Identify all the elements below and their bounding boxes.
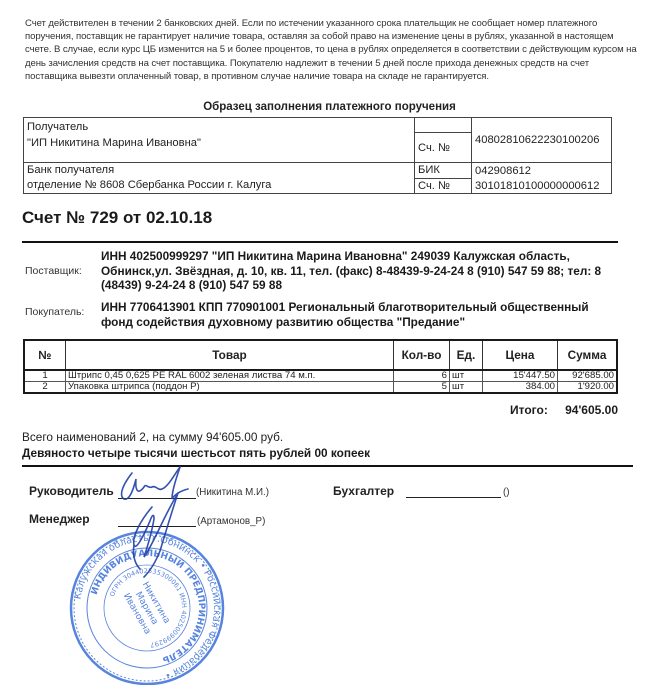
buyer-label: Покупатель: (25, 306, 84, 318)
bik-label: БИК (415, 163, 472, 179)
corr-account-value: 30101810100000000612 (472, 178, 612, 194)
col-number: № (24, 340, 66, 370)
row-sum: 92'685.00 (558, 370, 618, 382)
bik-value: 042908612 (472, 163, 612, 179)
row-quantity: 5 (394, 382, 450, 394)
payment-sample-title: Образец заполнения платежного поручения (0, 101, 659, 113)
row-sum: 1'920.00 (558, 382, 618, 394)
supplier-line: Обнинск,ул. Звёздная, д. 10, кв. 11, тел… (101, 264, 601, 279)
col-product: Товар (66, 340, 394, 370)
account-number: 40802810622230100206 (472, 118, 612, 163)
recipient-name: "ИП Никитина Марина Ивановна" (27, 135, 411, 151)
buyer-line: фонд содействия духовному развитию общес… (101, 315, 589, 330)
title-divider (22, 241, 618, 243)
accountant-label: Бухгалтер (333, 484, 394, 498)
supplier-label: Поставщик: (25, 265, 82, 277)
total-label: Итого: (510, 403, 548, 417)
invoice-title: Счет № 729 от 02.10.18 (22, 208, 212, 228)
row-price: 384.00 (483, 382, 558, 394)
row-unit: шт (450, 370, 483, 382)
goods-table: № Товар Кол-во Ед. Цена Сумма 1 Штрипс 0… (23, 339, 618, 394)
row-unit: шт (450, 382, 483, 394)
row-product: Упаковка штрипса (поддон Р) (66, 382, 394, 394)
row-number: 2 (24, 382, 66, 394)
buyer-details: ИНН 7706413901 КПП 770901001 Региональны… (101, 300, 589, 329)
director-label: Руководитель (29, 484, 114, 498)
accountant-name: () (503, 487, 510, 498)
buyer-line: ИНН 7706413901 КПП 770901001 Региональны… (101, 300, 589, 315)
row-product: Штрипс 0,45 0,625 PE RAL 6002 зеленая ли… (66, 370, 394, 382)
col-quantity: Кол-во (394, 340, 450, 370)
bank-label: Банк получателя (27, 163, 411, 178)
bank-name: отделение № 8608 Сбербанка России г. Кал… (27, 178, 411, 193)
total-value: 94'605.00 (548, 403, 618, 417)
payment-details-table: Получатель "ИП Никитина Марина Ивановна"… (23, 117, 612, 194)
table-row: 2 Упаковка штрипса (поддон Р) 5 шт 384.0… (24, 382, 617, 394)
col-unit: Ед. (450, 340, 483, 370)
supplier-details: ИНН 402500999297 "ИП Никитина Марина Ива… (101, 249, 601, 293)
row-number: 1 (24, 370, 66, 382)
col-price: Цена (483, 340, 558, 370)
summary-words: Девяносто четыре тысячи шестьсот пять ру… (22, 446, 370, 460)
row-quantity: 6 (394, 370, 450, 382)
invoice-disclaimer: Счет действителен в течении 2 банковских… (25, 17, 637, 83)
manager-label: Менеджер (29, 512, 90, 526)
corr-account-label: Сч. № (415, 178, 472, 194)
summary-count: Всего наименований 2, на сумму 94'605.00… (22, 430, 283, 444)
supplier-line: (48439) 9-24-24 8 (910) 547 59 88 (101, 278, 601, 293)
goods-table-header: № Товар Кол-во Ед. Цена Сумма (24, 340, 617, 370)
col-sum: Сумма (558, 340, 618, 370)
account-label: Сч. № (415, 133, 472, 163)
supplier-line: ИНН 402500999297 "ИП Никитина Марина Ива… (101, 249, 601, 264)
accountant-signature-line (406, 497, 501, 498)
table-row: 1 Штрипс 0,45 0,625 PE RAL 6002 зеленая … (24, 370, 617, 382)
recipient-label: Получатель (27, 119, 411, 135)
handwritten-signatures (110, 465, 220, 585)
row-price: 15'447.50 (483, 370, 558, 382)
